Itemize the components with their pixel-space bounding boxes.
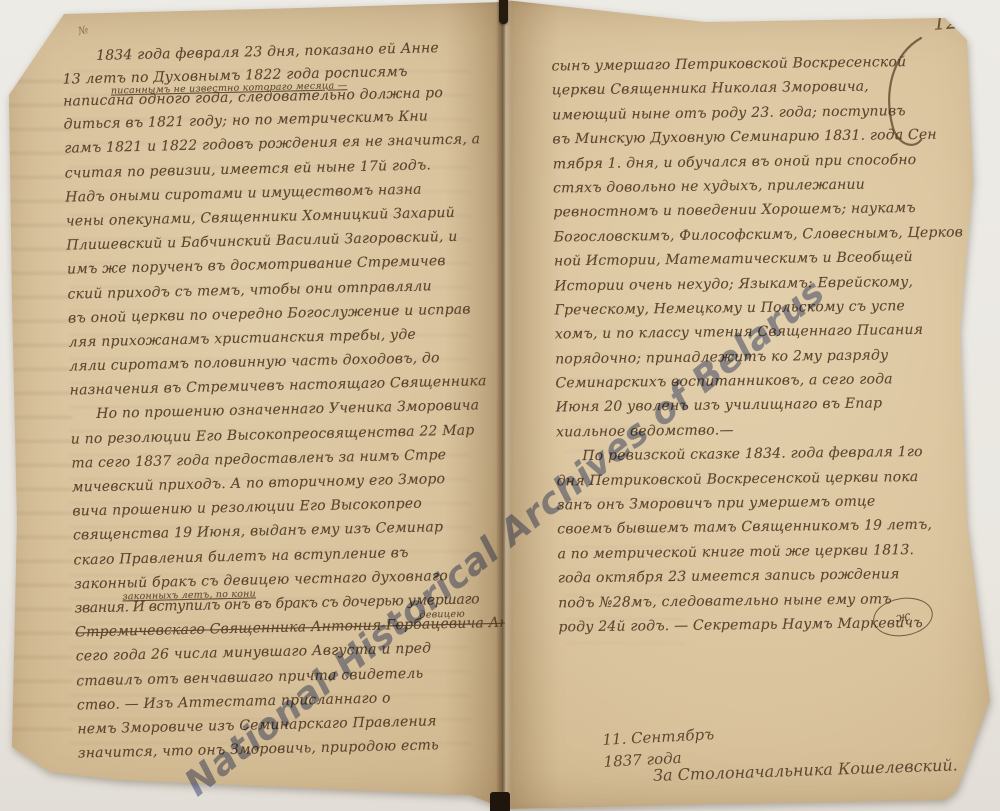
handwritten-line: священства 19 Июня, выданъ ему изъ Семин… <box>73 515 477 548</box>
handwritten-line: звания. И вступилъ онъ въ бракъ съ дочер… <box>74 587 478 620</box>
handwritten-line: церкви Священника Николая Зморовича, <box>552 74 952 103</box>
handwritten-line: стяхъ довольно не худыхъ, прилежании <box>553 172 953 201</box>
right-page: 12 сынъ умершаго Петриковской Воскресенс… <box>505 0 1000 811</box>
handwritten-line: Истории очень нехудо; Языкамъ: Еврейском… <box>554 269 954 298</box>
handwritten-line: роду 24й годъ. — Секретарь Наумъ Маркеви… <box>558 611 958 640</box>
pen-flourish-icon <box>863 36 943 151</box>
handwritten-line: скаго Правления билетъ на вступление въ <box>73 539 477 572</box>
handwritten-line: По ревизской сказке 1834. года февраля 1… <box>556 440 956 469</box>
handwritten-line: значится, что онъ Зморовичь, природою ес… <box>78 732 482 765</box>
handwritten-line: законныхъ летъ, по кони <box>74 584 478 603</box>
handwritten-line: хомъ, и по классу чтения Священнаго Писа… <box>555 318 955 347</box>
handwritten-line: назначения въ Стремичевъ настоящаго Свящ… <box>69 370 473 403</box>
handwritten-line: ский приходъ съ темъ, чтобы они отправля… <box>67 273 471 306</box>
handwritten-line: ной Истории, Математическимъ и Всеобщей <box>554 245 954 274</box>
date-line: 11. Сентябръ <box>602 723 715 751</box>
handwritten-line: 13 летъ по Духовнымъ 1822 года росписямъ <box>62 60 466 91</box>
handwritten-line: сынъ умершаго Петриковской Воскресенской <box>551 50 951 79</box>
ink-bleedthrough <box>70 70 470 760</box>
handwritten-line: тября 1. дня, и обучался въ оной при спо… <box>553 147 953 176</box>
handwritten-line: 1834 года февраля 23 дня, показано ей Ан… <box>62 36 466 69</box>
handwritten-line: законный бракъ съ девицею честнаго духов… <box>74 563 478 596</box>
handwritten-line: хиальное ведомство.— <box>556 415 956 444</box>
handwritten-line: ревностномъ и поведении Хорошемъ; наукам… <box>553 196 953 225</box>
handwritten-line: сего года 26 числа минувшаго Августа и п… <box>75 636 479 669</box>
handwritten-line: и по резолюции Его Высокопреосвященства … <box>71 418 475 451</box>
clerk-signature-line: За Столоначальника Кошелевский. <box>653 754 993 785</box>
handwritten-line: ство. — Изъ Аттестата присланнаго о <box>77 684 481 717</box>
handwritten-line: девицею <box>75 609 479 628</box>
left-page-text: 1834 года февраля 23 дня, показано ей Ан… <box>62 36 482 766</box>
handwritten-line: Надъ оными сиротами и имуществомъ назна <box>65 176 469 209</box>
handwritten-line: Богословскимъ, Философскимъ, Словеснымъ,… <box>554 220 954 249</box>
document-scan: № 1834 года февраля 23 дня, показано ей … <box>0 0 1000 811</box>
handwritten-line: въ Минскую Духовную Семинарию 1831. года… <box>552 123 952 152</box>
left-page-paper: № 1834 года февраля 23 дня, показано ей … <box>0 0 505 811</box>
corner-scribble-mark: № <box>77 23 90 38</box>
handwritten-line: вича прошению и резолюции Его Высокопрео <box>72 491 476 524</box>
ink-bleedthrough <box>565 90 685 650</box>
handwritten-line: Но по прошению означеннаго Ученика Зморо… <box>70 394 474 427</box>
handwritten-line: въ оной церкви по очередно Богослужение … <box>68 297 472 330</box>
handwritten-line: Семинарскихъ воспитанниковъ, а сего года <box>555 367 955 396</box>
handwritten-line: дня Петриковской Воскресенской церкви по… <box>557 464 957 493</box>
handwritten-line: написана одного года, следовательно долж… <box>63 82 467 113</box>
secretary-paraph-icon: ж <box>870 594 935 641</box>
page-number: 12 <box>932 9 959 35</box>
date-block: 11. Сентябръ 1837 года <box>602 723 716 773</box>
handwritten-line: Стремичевскаго Священника Антония Горбац… <box>75 611 479 644</box>
ink-bleedthrough <box>6 80 72 750</box>
handwritten-line: гамъ 1821 и 1822 годовъ рождения ея не з… <box>64 128 468 161</box>
handwritten-line: занъ онъ Зморовичъ при умершемъ отце <box>557 489 957 518</box>
paraph-squiggle: ж <box>895 608 912 625</box>
handwritten-line: своемъ бывшемъ тамъ Священникомъ 19 летъ… <box>557 513 957 542</box>
handwritten-line: немъ Зморовиче изъ Семинарскаго Правлени… <box>77 708 481 741</box>
handwritten-line: считая по ревизии, имеется ей ныне 17й г… <box>65 152 469 185</box>
handwritten-line: диться въ 1821 году; но по метрическимъ … <box>63 104 467 137</box>
handwritten-line: мичевский приходъ. А по вторичному его З… <box>72 466 476 499</box>
handwritten-line: ляя прихожанамъ христианския требы, уде <box>68 321 472 354</box>
date-line: 1837 года <box>603 745 716 773</box>
handwritten-line: подъ №28мъ, следовательно ныне ему отъ <box>558 586 958 615</box>
handwritten-line: порядочно; принадлежитъ ко 2му разряду <box>555 342 955 371</box>
left-page: № 1834 года февраля 23 дня, показано ей … <box>0 0 505 811</box>
handwritten-line: писаннымъ не известно котораго месяца — <box>63 79 467 98</box>
handwritten-line: имъ же порученъ въ досмотривание Стремич… <box>67 249 471 282</box>
right-page-paper: 12 сынъ умершаго Петриковской Воскресенс… <box>505 0 1000 811</box>
handwritten-line: а по метрической книге той же церкви 181… <box>557 537 957 566</box>
handwritten-line: ставилъ отъ венчавшаго причта свидетель <box>76 660 480 693</box>
handwritten-line: года октября 23 имеется запись рождения <box>558 562 958 591</box>
handwritten-line: ляли сиротамъ половинную часть доходовъ,… <box>69 345 473 378</box>
handwritten-line: Плишевский и Бабчинский Василий Загоровс… <box>66 225 470 258</box>
handwritten-line: Июня 20 уволенъ изъ училищнаго въ Епар <box>556 391 956 420</box>
handwritten-line: Греческому, Немецкому и Польскому съ усп… <box>554 293 954 322</box>
handwritten-line: та сего 1837 года предоставленъ за нимъ … <box>71 442 475 475</box>
handwritten-line: чены опекунами, Священники Хомницкий Зах… <box>66 200 470 233</box>
right-page-text: сынъ умершаго Петриковской Воскресенской… <box>551 50 958 640</box>
handwritten-line: имеющий ныне отъ роду 23. года; поступив… <box>552 98 952 127</box>
